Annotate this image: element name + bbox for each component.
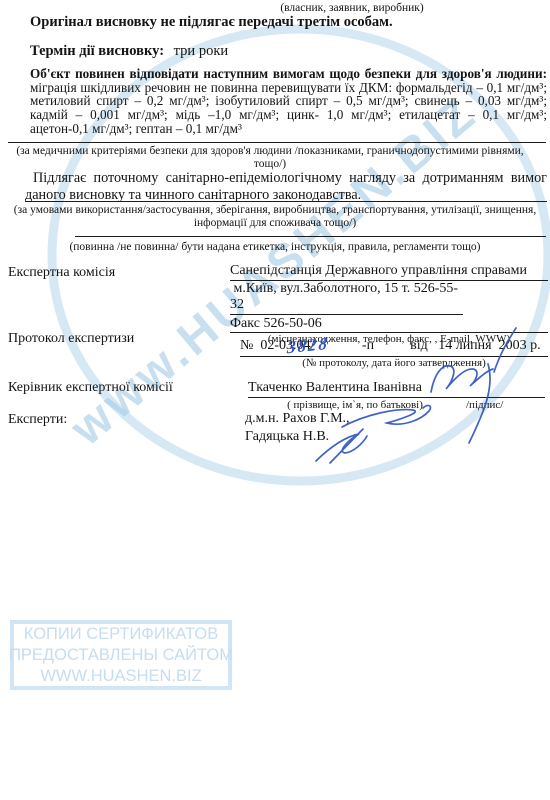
scanned-document-page: www.HUASHEN.BIZ КОПИИ СЕРТИФИКАТОВ ПРЕДО… (0, 0, 550, 800)
expert1-signature (342, 405, 430, 427)
year-pen-stroke (494, 328, 516, 372)
pen-signatures-layer (0, 0, 550, 800)
expert2-signature (316, 434, 367, 461)
head-signature-tail (469, 364, 490, 443)
head-signature (431, 366, 493, 392)
